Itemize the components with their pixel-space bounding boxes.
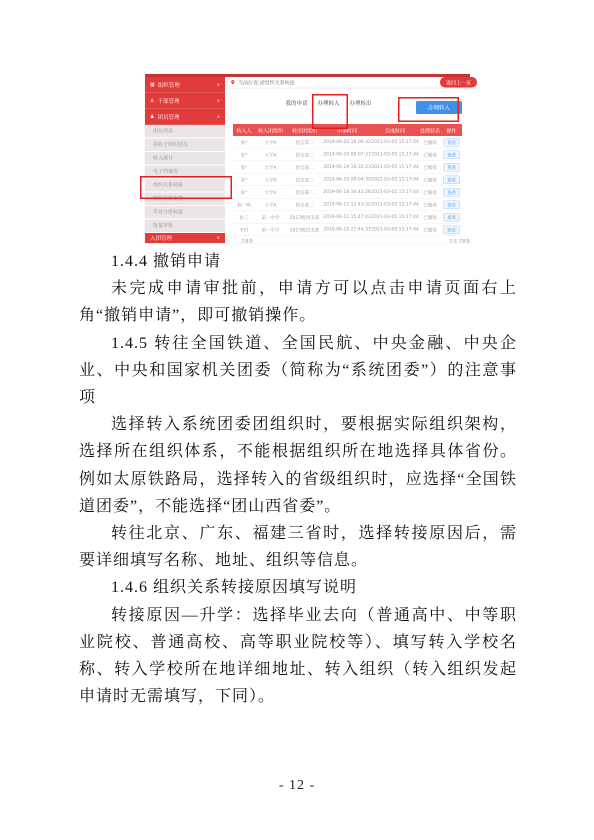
cell: 团支部二 xyxy=(286,186,323,199)
chevron-down-icon: ∨ xyxy=(217,82,220,87)
cell: 2017级团支部 xyxy=(286,211,323,224)
document-text: 1.4.4 撤销申请未完成申请审批前，申请方可以点击申请页面右上角“撤销申请”，… xyxy=(79,248,517,710)
sidebar-subitem-1[interactable]: 接收子组织团员 xyxy=(145,139,225,153)
breadcrumb: 当前位置:团组织关系转接 xyxy=(238,79,295,87)
cell: 2021-03-05 15:17:44 xyxy=(371,161,419,174)
action-cell: 查看 xyxy=(441,136,462,148)
paragraph: 转往北京、广东、福建三省时，选择转接原因后，需要详细填写名称、地址、组织等信息。 xyxy=(79,520,517,574)
org-tree-icon: ▦ xyxy=(150,82,155,87)
cell: 团支部二 xyxy=(286,148,323,161)
action-cell: 查看 xyxy=(441,186,462,199)
cell: 团支部二 xyxy=(286,136,323,148)
column-header-0: 转入人 xyxy=(233,124,255,136)
cell: 2019-06-19 09:04:39 xyxy=(323,173,371,186)
cell: 张* xyxy=(233,161,255,174)
cell: 2021-03-05 15:17:44 xyxy=(371,198,419,211)
view-button[interactable]: 查看 xyxy=(443,213,460,222)
table-row: 李四第一中学2017级团支部2019-06-10 21:44:372021-03… xyxy=(233,223,462,236)
tab-1[interactable]: 办理转入 xyxy=(316,97,341,109)
cell: 2019-06-11 15:47:43 xyxy=(323,211,371,224)
view-button[interactable]: 查看 xyxy=(443,150,460,159)
transfer-table: 转入人转入团组织转出团组织申请时间完成时间处理状态操作 张*大学A团支部二201… xyxy=(233,124,462,236)
content-area: 我的申请办理转入办理转出 办理转入 转入人转入团组织转出团组织申请时间完成时间处… xyxy=(225,89,482,244)
member-icon: ♟ xyxy=(150,114,154,119)
action-cell: 查看 xyxy=(441,173,462,186)
sidebar-item-1[interactable]: ♙干部管理∨ xyxy=(145,93,225,109)
table-row: 张三第一中学2017级团支部2019-06-11 15:47:432021-03… xyxy=(233,211,462,224)
table-row: 张*大学A团支部二2019-06-20 09:07:372021-03-05 1… xyxy=(233,148,462,161)
paragraph: 选择转入系统团委团组织时，要根据实际组织架构，选择所在组织体系，不能根据组织所在… xyxy=(79,411,517,520)
cell: 2019-06-17 12:43:32 xyxy=(323,198,371,211)
cell: 杨一鸣 xyxy=(233,198,255,211)
sidebar-item-label: 干部管理 xyxy=(157,97,179,105)
action-cell: 查看 xyxy=(441,148,462,161)
embedded-screenshot: ▦组织管理∨♙干部管理∨♟团员管理∧ 团员列表接收子组织团员转入统计电子档案库组… xyxy=(145,74,470,243)
tab-0[interactable]: 我的申请 xyxy=(284,97,309,109)
section-heading: 1.4.5 转往全国铁道、全国民航、中央金融、中央企业、中央和国家机关团委（简称… xyxy=(79,330,517,412)
cell: 已撤销 xyxy=(419,173,441,186)
table-row: 张*大学A团支部二2019-06-19 16:32:232021-03-05 1… xyxy=(233,161,462,174)
table-wrapper: 转入人转入团组织转出团组织申请时间完成时间处理状态操作 张*大学A团支部二201… xyxy=(233,124,476,244)
cell: 已撤销 xyxy=(419,211,441,224)
main-panel: 当前位置:团组织关系转接 返回上一页 我的申请办理转入办理转出 办理转入 转入人… xyxy=(225,77,482,243)
tab-bar: 我的申请办理转入办理转出 xyxy=(284,97,373,109)
sidebar-subitem-0[interactable]: 团员列表 xyxy=(145,125,225,139)
cell: 大学A xyxy=(255,136,286,148)
sidebar-item-0[interactable]: ▦组织管理∨ xyxy=(145,77,225,93)
sidebar-subitem-4[interactable]: 组织关系转接 xyxy=(145,179,225,193)
tab-2[interactable]: 办理转出 xyxy=(348,97,373,109)
cell: 2021-03-05 15:17:44 xyxy=(371,148,419,161)
cell: 2021-03-05 15:17:44 xyxy=(371,223,419,236)
section-heading: 1.4.6 组织关系转接原因填写说明 xyxy=(79,574,517,601)
sidebar-subitem-2[interactable]: 转入统计 xyxy=(145,152,225,166)
table-header-row: 转入人转入团组织转出团组织申请时间完成时间处理状态操作 xyxy=(233,124,462,136)
chevron-down-icon: ∨ xyxy=(217,236,220,241)
action-cell: 查看 xyxy=(441,211,462,224)
sidebar-sub-list: 团员列表接收子组织团员转入统计电子档案库组织关系转接组织关系审批毕业分班转接批量… xyxy=(145,125,225,233)
cell: 大学A xyxy=(255,198,286,211)
cell: 张三 xyxy=(233,211,255,224)
cell: 团支部二 xyxy=(286,198,323,211)
column-header-2: 转出团组织 xyxy=(286,124,323,136)
table-row: 张*大学A团支部二2019-06-20 16:06:322021-03-05 1… xyxy=(233,136,462,148)
cell: 2021-03-05 15:17:44 xyxy=(371,136,419,148)
cell: 2021-03-05 15:17:44 xyxy=(371,186,419,199)
table-row: 张*大学A团支部二2019-06-18 16:41:282021-03-05 1… xyxy=(233,186,462,199)
column-header-4: 完成时间 xyxy=(371,124,419,136)
chevron-up-icon: ∧ xyxy=(217,114,220,119)
cell: 2019-06-10 21:44:37 xyxy=(323,223,371,236)
location-bar: 当前位置:团组织关系转接 返回上一页 xyxy=(225,77,482,89)
cell: 张* xyxy=(233,148,255,161)
cell: 大学A xyxy=(255,186,286,199)
action-cell: 查看 xyxy=(441,161,462,174)
column-header-5: 处理状态 xyxy=(419,124,441,136)
view-button[interactable]: 查看 xyxy=(443,200,460,209)
cell: 大学A xyxy=(255,173,286,186)
cell: 团支部二 xyxy=(286,173,323,186)
cell: 大学A xyxy=(255,161,286,174)
table-row: 张*大学A团支部二2019-06-19 09:04:392021-03-05 1… xyxy=(233,173,462,186)
cell: 已撤销 xyxy=(419,186,441,199)
view-button[interactable]: 查看 xyxy=(443,188,460,197)
cell: 2019-06-18 16:41:28 xyxy=(323,186,371,199)
sidebar-item-label: 组织管理 xyxy=(158,81,180,89)
action-cell: 查看 xyxy=(441,198,462,211)
cell: 团支部二 xyxy=(286,161,323,174)
sidebar-item-label: 入团管理 xyxy=(150,234,172,242)
cell: 第一中学 xyxy=(255,211,286,224)
pagination-bar: 共8条 1-8 共8条 xyxy=(241,238,470,245)
cell: 张* xyxy=(233,186,255,199)
location-pin-icon xyxy=(230,80,236,86)
cell: 张* xyxy=(233,173,255,186)
cell: 李四 xyxy=(233,223,255,236)
column-header-3: 申请时间 xyxy=(323,124,371,136)
total-count: 共8条 xyxy=(241,238,253,245)
cell: 2019-06-19 16:32:23 xyxy=(323,161,371,174)
sidebar-item-2[interactable]: ♟团员管理∧ xyxy=(145,109,225,125)
view-button[interactable]: 查看 xyxy=(443,225,460,234)
cell: 张* xyxy=(233,136,255,148)
view-button[interactable]: 查看 xyxy=(443,163,460,172)
sidebar-subitem-3[interactable]: 电子档案库 xyxy=(145,166,225,180)
sidebar-item-label: 团员管理 xyxy=(157,113,179,121)
view-button[interactable]: 查看 xyxy=(443,138,460,147)
page-number: - 12 - xyxy=(0,778,594,794)
table-row: 杨一鸣大学A团支部二2019-06-17 12:43:322021-03-05 … xyxy=(233,198,462,211)
section-heading: 1.4.4 撤销申请 xyxy=(79,248,517,275)
cell: 2017级团支部 xyxy=(286,223,323,236)
cell: 2019-06-20 16:06:32 xyxy=(323,136,371,148)
back-button[interactable]: 返回上一页 xyxy=(440,77,477,88)
page-range[interactable]: 1-8 共8条 xyxy=(449,238,470,245)
transfer-in-button[interactable]: 办理转入 xyxy=(416,101,462,114)
paragraph: 转接原因—升学：选择毕业去向（普通高中、中等职业院校、普通高校、高等职业院校等）… xyxy=(79,602,517,711)
cell: 2021-03-05 15:17:44 xyxy=(371,173,419,186)
cadre-icon: ♙ xyxy=(150,98,154,103)
sidebar-main-list: ▦组织管理∨♙干部管理∨♟团员管理∧ xyxy=(145,77,225,125)
view-button[interactable]: 查看 xyxy=(443,175,460,184)
cell: 已撤销 xyxy=(419,223,441,236)
chevron-down-icon: ∨ xyxy=(217,98,220,103)
sidebar-subitem-6[interactable]: 毕业分班转接 xyxy=(145,206,225,220)
column-header-1: 转入团组织 xyxy=(255,124,286,136)
action-cell: 查看 xyxy=(441,223,462,236)
cell: 2019-06-20 09:07:37 xyxy=(323,148,371,161)
cell: 2021-03-05 15:17:44 xyxy=(371,211,419,224)
cell: 已撤销 xyxy=(419,136,441,148)
cell: 已撤销 xyxy=(419,161,441,174)
column-header-6: 操作 xyxy=(441,124,462,136)
paragraph: 未完成申请审批前，申请方可以点击申请页面右上角“撤销申请”，即可撤销操作。 xyxy=(79,275,517,329)
cell: 已撤销 xyxy=(419,148,441,161)
cell: 第一中学 xyxy=(255,223,286,236)
cell: 大学A xyxy=(255,148,286,161)
cell: 已撤销 xyxy=(419,198,441,211)
sidebar: ▦组织管理∨♙干部管理∨♟团员管理∧ 团员列表接收子组织团员转入统计电子档案库组… xyxy=(145,77,225,243)
sidebar-subitem-7[interactable]: 批量审批 xyxy=(145,220,225,234)
sidebar-subitem-5[interactable]: 组织关系审批 xyxy=(145,193,225,207)
sidebar-item-bottom[interactable]: 入团管理 ∨ xyxy=(145,233,225,243)
